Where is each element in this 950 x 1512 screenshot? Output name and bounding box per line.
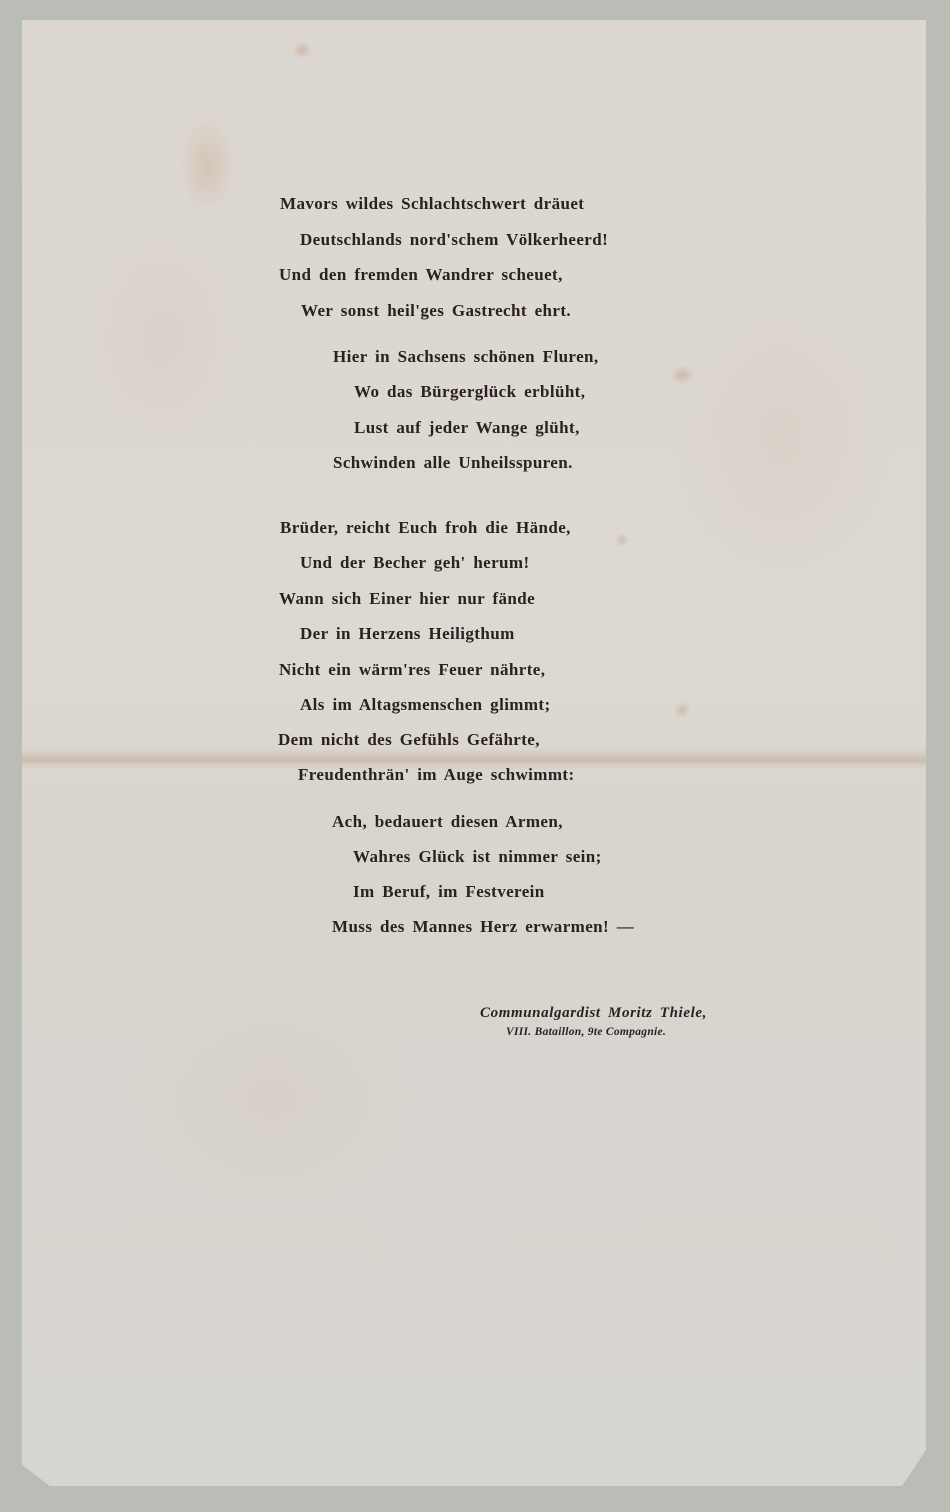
poem-line: Wo das Bürgerglück erblüht,	[354, 382, 585, 402]
signature: Communalgardist Moritz Thiele, VIII. Bat…	[480, 1005, 707, 1038]
poem-line: Nicht ein wärm'res Feuer nährte,	[279, 660, 545, 680]
poem-line: Wer sonst heil'ges Gastrecht ehrt.	[301, 301, 571, 321]
poem-line: Brüder, reicht Euch froh die Hände,	[280, 518, 571, 538]
poem-line: Lust auf jeder Wange glüht,	[354, 418, 580, 438]
poem-line: Als im Altagsmenschen glimmt;	[300, 695, 551, 715]
poem: Mavors wildes Schlachtschwert dräuet Deu…	[22, 20, 926, 1486]
poem-line: Deutschlands nord'schem Völkerheerd!	[300, 230, 608, 250]
poem-line: Freudenthrän' im Auge schwimmt:	[298, 765, 575, 785]
poem-line: Der in Herzens Heiligthum	[300, 624, 515, 644]
poem-line: Mavors wildes Schlachtschwert dräuet	[280, 194, 584, 214]
poem-line: Ach, bedauert diesen Armen,	[332, 812, 563, 832]
poem-line: Schwinden alle Unheilsspuren.	[333, 453, 573, 473]
poem-line: Wann sich Einer hier nur fände	[279, 589, 535, 609]
poem-line: Hier in Sachsens schönen Fluren,	[333, 347, 599, 367]
poem-line: Muss des Mannes Herz erwarmen! —	[332, 917, 634, 937]
paper-sheet: ​ Mavors wildes Schlachtschwert dräuet D…	[22, 20, 926, 1486]
poem-line: Wahres Glück ist nimmer sein;	[353, 847, 602, 867]
poem-line: Im Beruf, im Festverein	[353, 882, 545, 902]
poem-line: Und den fremden Wandrer scheuet,	[279, 265, 563, 285]
author-name: Communalgardist Moritz Thiele,	[480, 1005, 707, 1022]
poem-line: Dem nicht des Gefühls Gefährte,	[278, 730, 540, 750]
poem-line: Und der Becher geh' herum!	[300, 553, 530, 573]
author-unit: VIII. Bataillon, 9te Compagnie.	[506, 1026, 707, 1038]
